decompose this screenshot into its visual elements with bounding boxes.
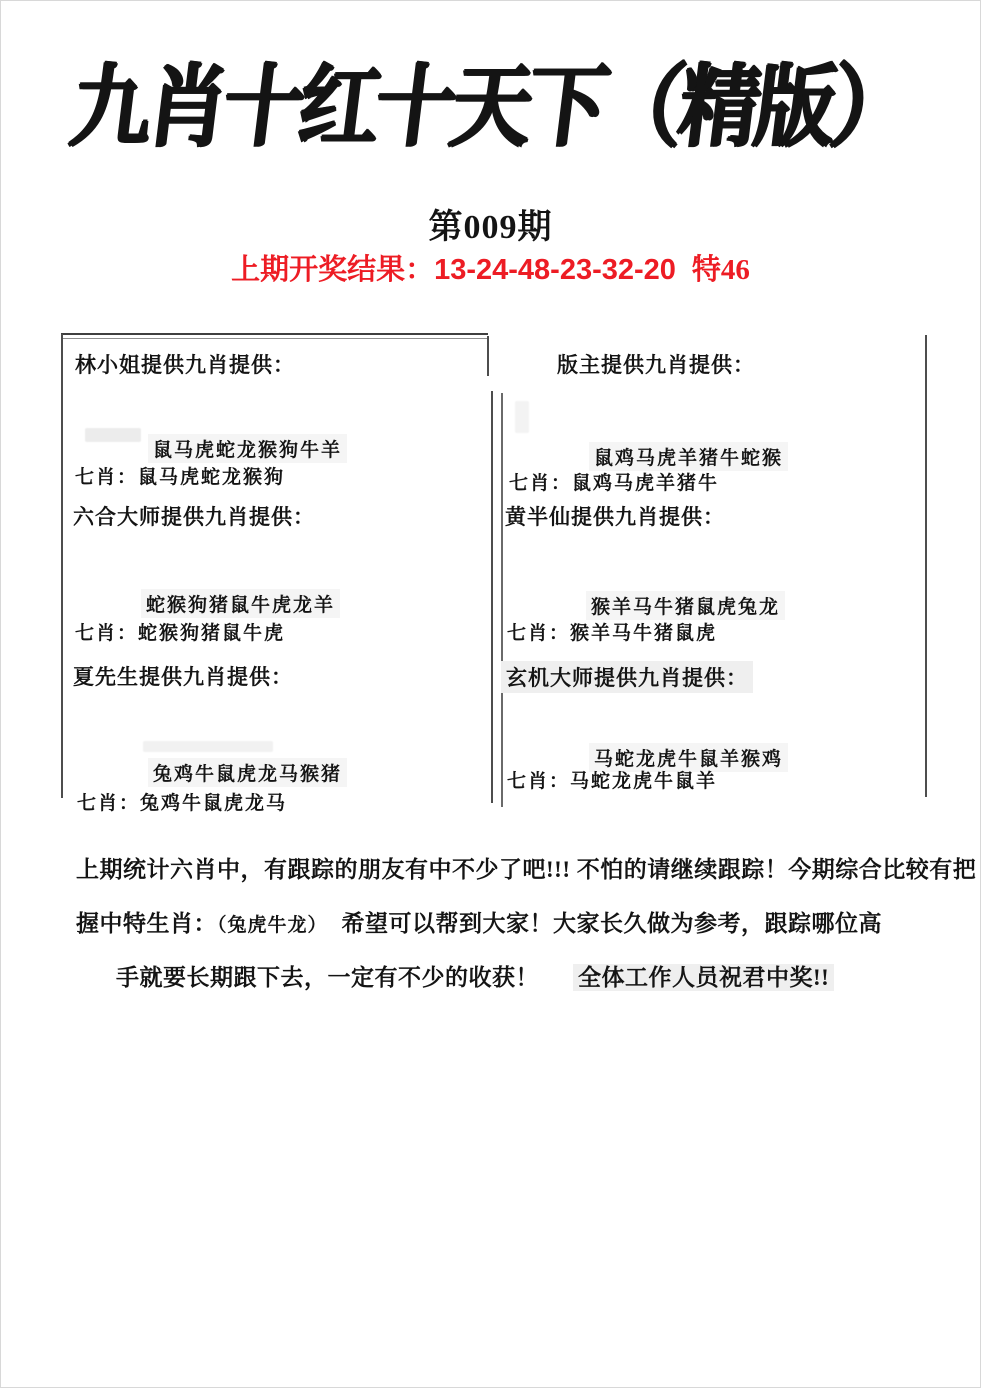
last-result-numbers: 13-24-48-23-32-20 [434,254,676,286]
panel-left-border [61,334,63,798]
tip-sheet-page: 九肖十红十天下（精版） 第009期 上期开奖结果：13-24-48-23-32-… [0,0,981,1388]
seven-zodiac-line: 七肖：蛇猴狗猪鼠牛虎 [75,618,285,645]
erased-text-smudge [85,428,141,442]
footer-line-3: 手就要长期跟下去，一定有不少的收获！全体工作人员祝君中奖!! [116,959,834,992]
nine-zodiac-line: 兔鸡牛鼠虎龙马猴猪 [148,758,347,787]
panel-divider-stub [487,336,489,376]
footer-line-2-prefix: 握中特生肖： [76,911,217,936]
panel-divider-left [491,391,493,803]
seven-zodiac-line: 七肖：马蛇龙虎牛鼠羊 [507,766,717,793]
last-result-label: 上期开奖结果： [231,254,434,286]
footer-line-1: 上期统计六肖中，有跟踪的朋友有中不少了吧!!! 不怕的请继续跟踪！今期综合比较有… [76,851,976,884]
erased-text-smudge [143,741,273,752]
issue-number: 第009期 [1,199,980,248]
nine-zodiac-line: 鼠马虎蛇龙猴狗牛羊 [148,434,347,463]
nine-zodiac-line: 鼠鸡马虎羊猪牛蛇猴 [589,442,788,471]
footer-line-3-right: 全体工作人员祝君中奖!! [573,964,834,991]
provider-header: 夏先生提供九肖提供： [73,661,293,691]
footer-line-2: 握中特生肖：（兔虎牛龙）希望可以帮到大家！大家长久做为参考，跟踪哪位高 [76,905,882,938]
seven-zodiac-line: 七肖：兔鸡牛鼠虎龙马 [77,788,287,815]
nine-zodiac-line: 蛇猴狗猪鼠牛虎龙羊 [141,589,340,618]
nine-zodiac-line: 猴羊马牛猪鼠虎兔龙 [586,591,785,620]
provider-header: 黄半仙提供九肖提供： [505,501,725,531]
last-result-line: 上期开奖结果：13-24-48-23-32-20特46 [1,247,980,288]
provider-header: 玄机大师提供九肖提供： [501,661,753,693]
provider-header: 林小姐提供九肖提供： [75,349,295,379]
page-title: 九肖十红十天下（精版） [0,34,981,163]
seven-zodiac-line: 七肖：鼠鸡马虎羊猪牛 [509,468,719,495]
erased-text-smudge [515,401,529,433]
panel-divider-right [501,393,503,807]
panel-right-border [925,335,927,797]
panel-top-border [61,333,488,339]
provider-header: 六合大师提供九肖提供： [73,501,315,531]
footer-special-zodiacs: （兔虎牛龙） [217,915,328,936]
footer-line-2-suffix: 希望可以帮到大家！大家长久做为参考，跟踪哪位高 [342,911,883,936]
footer-line-3-left: 手就要长期跟下去，一定有不少的收获！ [116,965,539,990]
seven-zodiac-line: 七肖：鼠马虎蛇龙猴狗 [75,462,285,489]
seven-zodiac-line: 七肖：猴羊马牛猪鼠虎 [507,618,717,645]
last-result-special: 特46 [692,254,750,286]
provider-header: 版主提供九肖提供： [557,349,755,379]
